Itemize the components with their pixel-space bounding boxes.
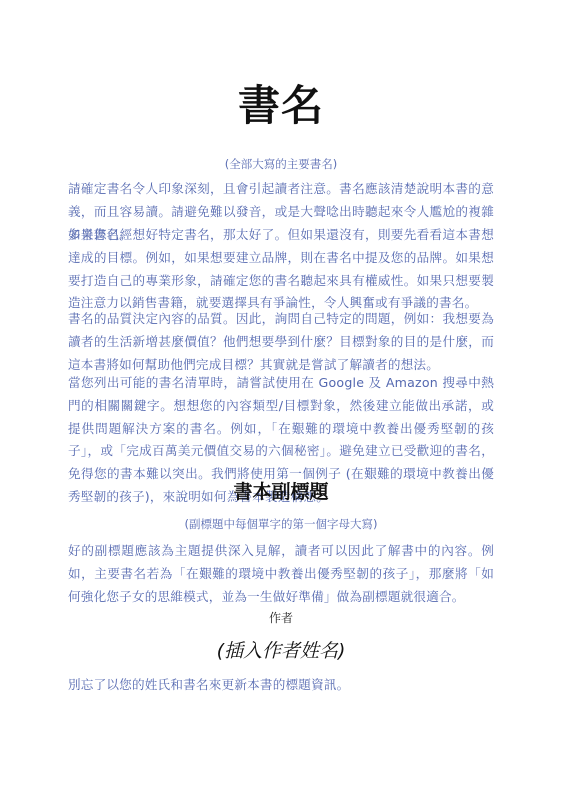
book-title[interactable]: 書名 [68,80,494,132]
paragraph-2[interactable]: 如果您已經想好特定書名，那太好了。但如果還沒有，則要先看看這本書想達成的目標。例… [68,224,494,315]
paragraph-3[interactable]: 書名的品質決定內容的品質。因此，詢問自己特定的問題，例如：我想要為讀者的生活新增… [68,308,494,376]
subtitle-heading[interactable]: 書本副標題 [68,479,494,505]
footer-note[interactable]: 別忘了以您的姓氏和書名來更新本書的標題資訊。 [68,674,494,697]
subtitle-hint[interactable]: (副標題中每個單字的第一個字母大寫) [68,516,494,532]
subtitle-paragraph[interactable]: 好的副標題應該為主題提供深入見解，讀者可以因此了解書中的內容。例如，主要書名若為… [68,540,494,608]
title-hint[interactable]: (全部大寫的主要書名) [68,156,494,172]
author-name[interactable]: (插入作者姓名) [68,638,494,664]
author-label[interactable]: 作者 [68,609,494,627]
